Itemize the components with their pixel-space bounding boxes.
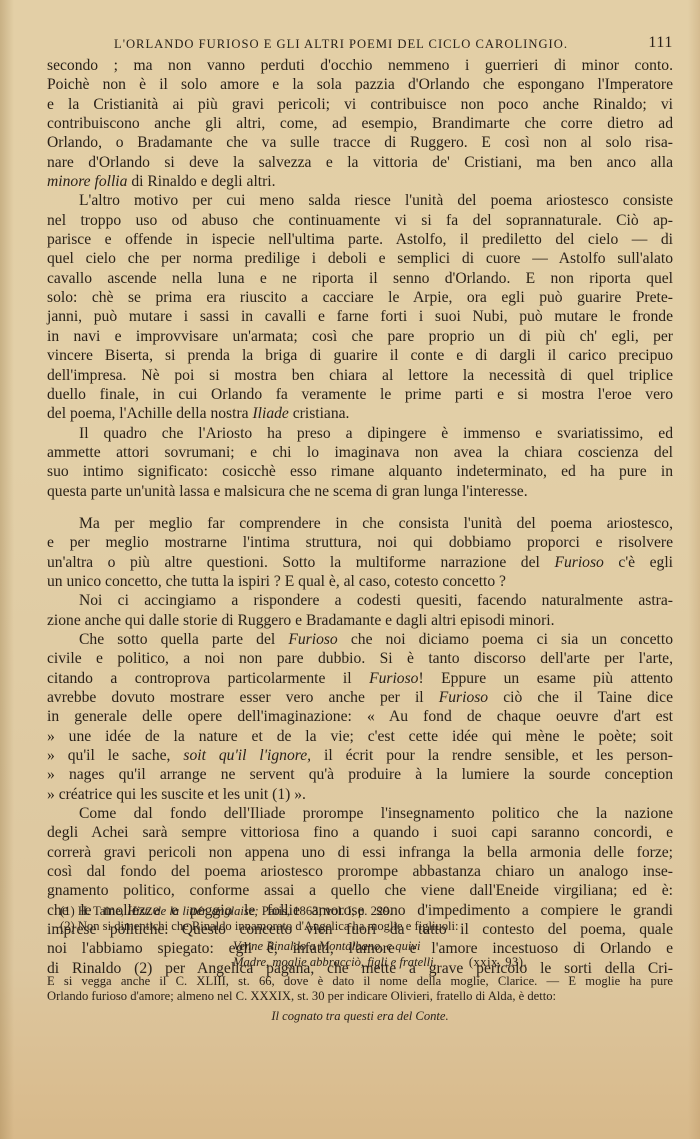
paragraph-3: Il quadro che l'Ariosto ha preso a dipin… xyxy=(47,424,673,501)
text-line: nel troppo uso od abuso che continuament… xyxy=(47,211,673,230)
verse-quote-3: Il cognato tra questi era del Conte. xyxy=(47,1009,673,1024)
text-line: secondo ; ma non vanno perduti d'occhio … xyxy=(47,56,673,75)
quote-line: » qu'il le sache, soit qu'il l'ignore, i… xyxy=(47,746,673,765)
text-span: che noi diciamo poema ci sia un concetto xyxy=(338,631,673,648)
text-line: Il quadro che l'Ariosto ha preso a dipin… xyxy=(47,424,673,443)
text-line: dell'impresa. Nè poi si mostra ben chiar… xyxy=(47,366,673,385)
text-line: suo intimo significato: cosicchè esso ri… xyxy=(47,462,673,481)
italic-title: Furioso xyxy=(369,670,418,687)
italic-title: Furioso xyxy=(554,554,603,571)
text-line: parisce e offende in ispecie nell'ultima… xyxy=(47,230,673,249)
text-line: zione anche qui dalle storie di Ruggero … xyxy=(47,611,673,630)
text-span: citando a controprova particolarmente il xyxy=(47,670,369,687)
page-number: 111 xyxy=(648,34,673,52)
italic-phrase: minore follia xyxy=(47,173,127,190)
verse-quote-1: Venne Rinaldo a Montalbano, e quivi xyxy=(233,939,673,954)
text-line: duello finale, in cui Orlando fa veramen… xyxy=(47,385,673,404)
text-line: degli Achei sarà sempre vittoriosa fino … xyxy=(47,823,673,842)
text-span: Che sotto quella parte del xyxy=(79,631,288,648)
text-line: Ma per meglio far comprendere in che con… xyxy=(47,514,673,533)
text-span: ciò che il Taine dice xyxy=(488,689,673,706)
paragraph-1: secondo ; ma non vanno perduti d'occhio … xyxy=(47,56,673,191)
page-edge-shadow-right xyxy=(688,0,700,1139)
text-line: janni, può mutare i sassi in cavalli e f… xyxy=(47,307,673,326)
text-span: un'altra o più altre questioni. Sotto la… xyxy=(47,554,554,571)
text-line: un'altra o più altre questioni. Sotto la… xyxy=(47,553,673,572)
running-header: L'ORLANDO FURIOSO E GLI ALTRI POEMI DEL … xyxy=(47,34,673,56)
text-line: ammette attori sovrumani; e chi lo imagi… xyxy=(47,443,673,462)
paragraph-5: Noi ci accingiamo a rispondere a codesti… xyxy=(47,591,673,630)
footnote-continuation-2: Orlando furioso d'amore; almeno nel C. X… xyxy=(47,989,673,1004)
text-line: Come dal fondo dell'Iliade prorompe l'in… xyxy=(47,804,673,823)
text-line: cavallo ascende nella luna e ne riporta … xyxy=(47,269,673,288)
text-line: contribuiscono anche gli altri, come, ad… xyxy=(47,114,673,133)
text-line: Orlando, o Bradamante che va sulle tracc… xyxy=(47,133,673,152)
text-line: quel cielo che per norma predilige i deb… xyxy=(47,249,673,268)
main-text: secondo ; ma non vanno perduti d'occhio … xyxy=(47,56,673,978)
text-span: ! Eppure un esame più attento xyxy=(418,670,673,687)
paragraph-2: L'altro motivo per cui meno salda riesce… xyxy=(47,191,673,423)
italic-title: Furioso xyxy=(288,631,337,648)
text-line: Noi ci accingiamo a rispondere a codesti… xyxy=(47,591,673,610)
text-line: del poema, l'Achille della nostra Iliade… xyxy=(47,404,673,423)
text-span: del poema, l'Achille della nostra xyxy=(47,405,252,422)
italic-phrase: soit qu'il l'ignore, xyxy=(183,747,311,764)
footnotes: (1) H. Taine, Hist. de la littér. anglai… xyxy=(47,904,673,1024)
text-span: » qu'il le sache, xyxy=(47,747,183,764)
quote-line: » une idée de la nature et de la vie; c'… xyxy=(47,727,673,746)
text-line: avrebbe dovuto mostrare esser vero anche… xyxy=(47,688,673,707)
verse-reference: (xxix, 93). xyxy=(469,955,527,970)
footnote-continuation-1: E si vegga anche il C. XLIII, st. 66, do… xyxy=(47,974,673,989)
text-line: Che sotto quella parte del Furioso che n… xyxy=(47,630,673,649)
text-line: gnamento politico, conforme assai a quel… xyxy=(47,881,673,900)
text-span: cristiana. xyxy=(289,405,350,422)
page-edge-shadow-left xyxy=(0,0,14,1139)
text-line: nare d'Orlando si deve la salvezza e la … xyxy=(47,153,673,172)
text-line: L'altro motivo per cui meno salda riesce… xyxy=(47,191,673,210)
quote-line: » créatrice qui les suscite et les unit … xyxy=(47,785,673,804)
footnote-2: (2) Non si dimentichi che Rinaldo innamo… xyxy=(47,919,673,934)
book-page: L'ORLANDO FURIOSO E GLI ALTRI POEMI DEL … xyxy=(47,34,673,978)
text-span: di Rinaldo e degli altri. xyxy=(127,173,275,190)
text-line: Poichè non è il solo amore e la sola paz… xyxy=(47,75,673,94)
text-span: c'è egli xyxy=(604,554,673,571)
verse-quote-2: Madre, moglie abbracciò, figli e fratell… xyxy=(233,955,437,970)
text-line: così dal fondo del poema ariostesco pror… xyxy=(47,862,673,881)
quote-line: » nages qu'il arrange ne servent qu'à pr… xyxy=(47,765,673,784)
text-span: Paris, 1863; vol. I, p. 229. xyxy=(259,904,393,918)
text-line: minore follia di Rinaldo e degli altri. xyxy=(47,172,673,191)
verse-quote-row: Madre, moglie abbracciò, figli e fratell… xyxy=(47,955,673,970)
text-span: il écrit pour la rendre sensible, et les… xyxy=(311,747,673,764)
text-line: correrà gravi pericoli non appena uno di… xyxy=(47,843,673,862)
text-line: civile e politico, a noi non pare dubbio… xyxy=(47,649,673,668)
text-line: vincere Biserta, si prenda la briga di g… xyxy=(47,346,673,365)
text-line: citando a controprova particolarmente il… xyxy=(47,669,673,688)
running-title: L'ORLANDO FURIOSO E GLI ALTRI POEMI DEL … xyxy=(114,37,568,52)
text-span: (1) H. Taine, xyxy=(60,904,127,918)
italic-title: Furioso xyxy=(439,689,488,706)
footnote-1: (1) H. Taine, Hist. de la littér. anglai… xyxy=(47,904,673,919)
text-line: in navi e improvvisare un'armata; così c… xyxy=(47,327,673,346)
text-line: questa parte un'unità lassa e malsicura … xyxy=(47,482,673,501)
text-line: e per meglio mostrarne l'intima struttur… xyxy=(47,533,673,552)
text-line: e la Cristianità ai più gravi pericoli; … xyxy=(47,95,673,114)
paragraph-6: Che sotto quella parte del Furioso che n… xyxy=(47,630,673,804)
text-line: solo: chè se prima era riuscito a caccia… xyxy=(47,288,673,307)
italic-title: Iliade xyxy=(252,405,288,422)
paragraph-4: Ma per meglio far comprendere in che con… xyxy=(47,514,673,591)
italic-title: Hist. de la littér. anglaise; xyxy=(127,904,259,918)
text-span: avrebbe dovuto mostrare esser vero anche… xyxy=(47,689,439,706)
text-line: in generale delle opere dell'imaginazion… xyxy=(47,707,673,726)
text-line: un unico concetto, che tutta la ispiri ?… xyxy=(47,572,673,591)
